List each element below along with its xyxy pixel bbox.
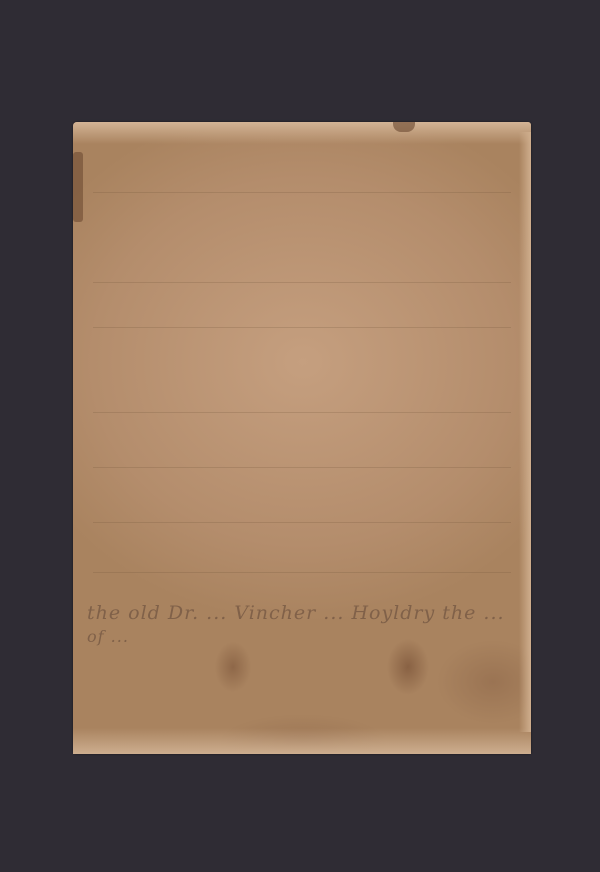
paper-edge-bottom [73, 728, 531, 754]
paper-edge-right [519, 132, 531, 732]
old-paper-document: the old Dr. ... Vincher ... Hoyldry the … [73, 122, 531, 754]
faded-line [93, 192, 511, 193]
handwriting-line: the old Dr. ... Vincher ... Hoyldry the … [87, 602, 505, 624]
faded-line [93, 282, 511, 283]
faded-line [93, 467, 511, 468]
faded-line [93, 572, 511, 573]
faded-line [93, 522, 511, 523]
handwriting-line: of ... [87, 627, 129, 646]
faded-line [93, 412, 511, 413]
paper-edge-top [73, 122, 531, 144]
faded-line [93, 327, 511, 328]
stain-left [73, 152, 83, 222]
